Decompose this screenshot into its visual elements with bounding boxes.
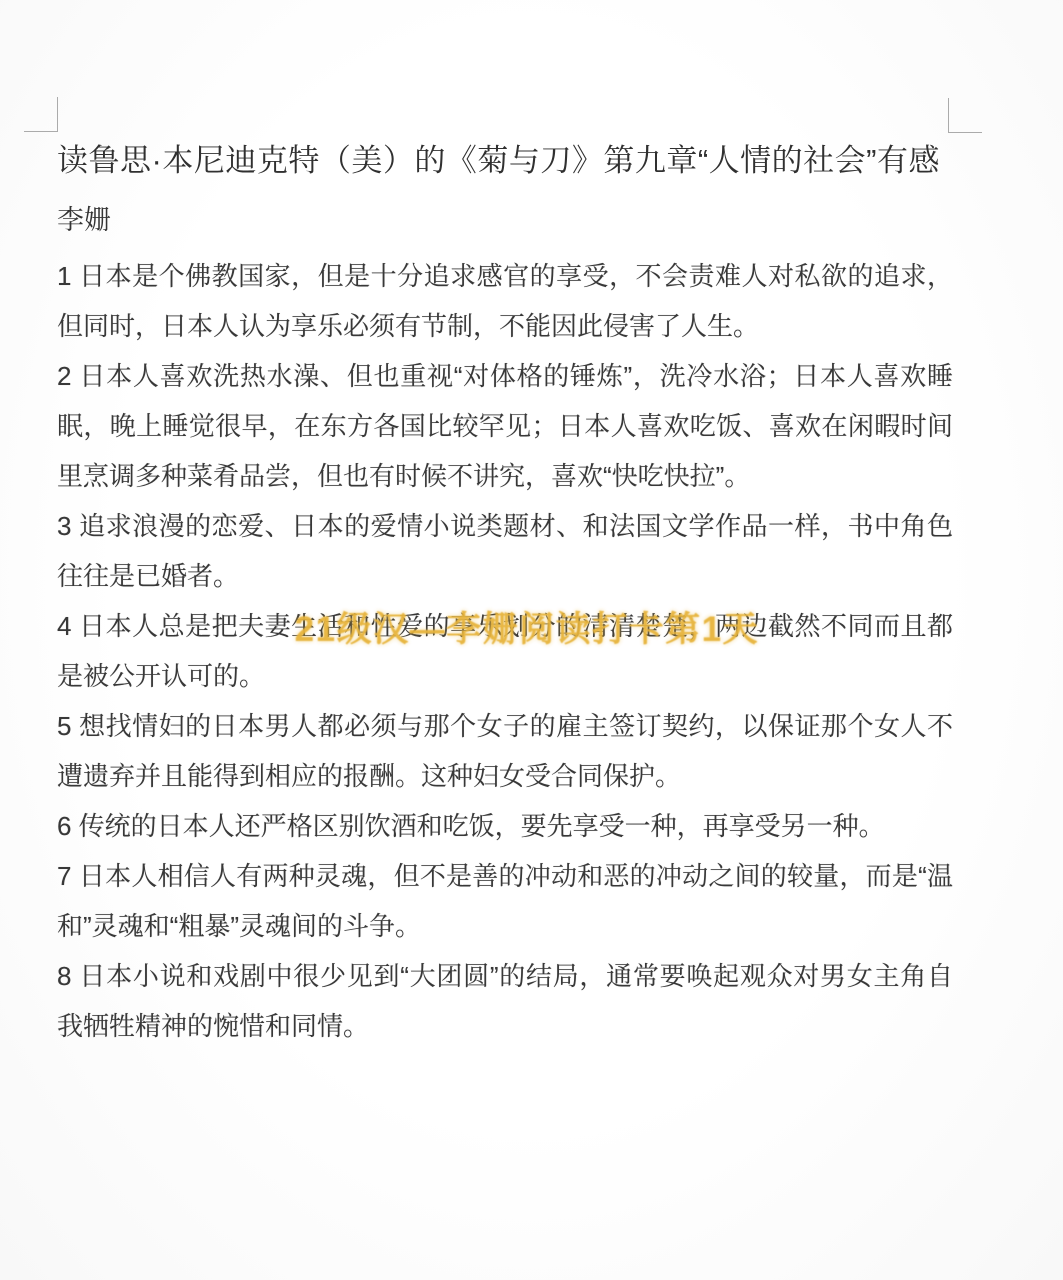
document-page: 读鲁思·本尼迪克特（美）的《菊与刀》第九章“人情的社会”有感 李姗 1 日本是个…: [0, 0, 1063, 1280]
page-margin-mark-top-left-icon: [24, 97, 58, 132]
paragraph: 6 传统的日本人还严格区别饮酒和吃饭，要先享受一种，再享受另一种。: [57, 801, 953, 851]
page-margin-mark-top-right-icon: [948, 98, 982, 133]
paragraph: 3 追求浪漫的恋爱、日本的爱情小说类题材、和法国文学作品一样，书中角色往往是已婚…: [57, 501, 953, 601]
document-content: 读鲁思·本尼迪克特（美）的《菊与刀》第九章“人情的社会”有感 李姗 1 日本是个…: [57, 0, 953, 1051]
document-body: 1 日本是个佛教国家，但是十分追求感官的享受，不会责难人对私欲的追求，但同时，日…: [57, 251, 953, 1051]
paragraph: 5 想找情妇的日本男人都必须与那个女子的雇主签订契约，以保证那个女人不遭遗弃并且…: [57, 701, 953, 801]
paragraph: 2 日本人喜欢洗热水澡、但也重视“对体格的锤炼”，洗冷水浴；日本人喜欢睡眠，晚上…: [57, 351, 953, 501]
paragraph: 7 日本人相信人有两种灵魂，但不是善的冲动和恶的冲动之间的较量，而是“温和”灵魂…: [57, 851, 953, 951]
paragraph: 8 日本小说和戏剧中很少见到“大团圆”的结局，通常要唤起观众对男女主角自我牺牲精…: [57, 951, 953, 1051]
author-name: 李姗: [57, 202, 953, 238]
paragraph: 1 日本是个佛教国家，但是十分追求感官的享受，不会责难人对私欲的追求，但同时，日…: [57, 251, 953, 351]
document-title: 读鲁思·本尼迪克特（美）的《菊与刀》第九章“人情的社会”有感: [57, 138, 953, 184]
paragraph: 4 日本人总是把夫妻生活和性爱的享乐划分的清清楚楚，两边截然不同而且都是被公开认…: [57, 601, 953, 701]
